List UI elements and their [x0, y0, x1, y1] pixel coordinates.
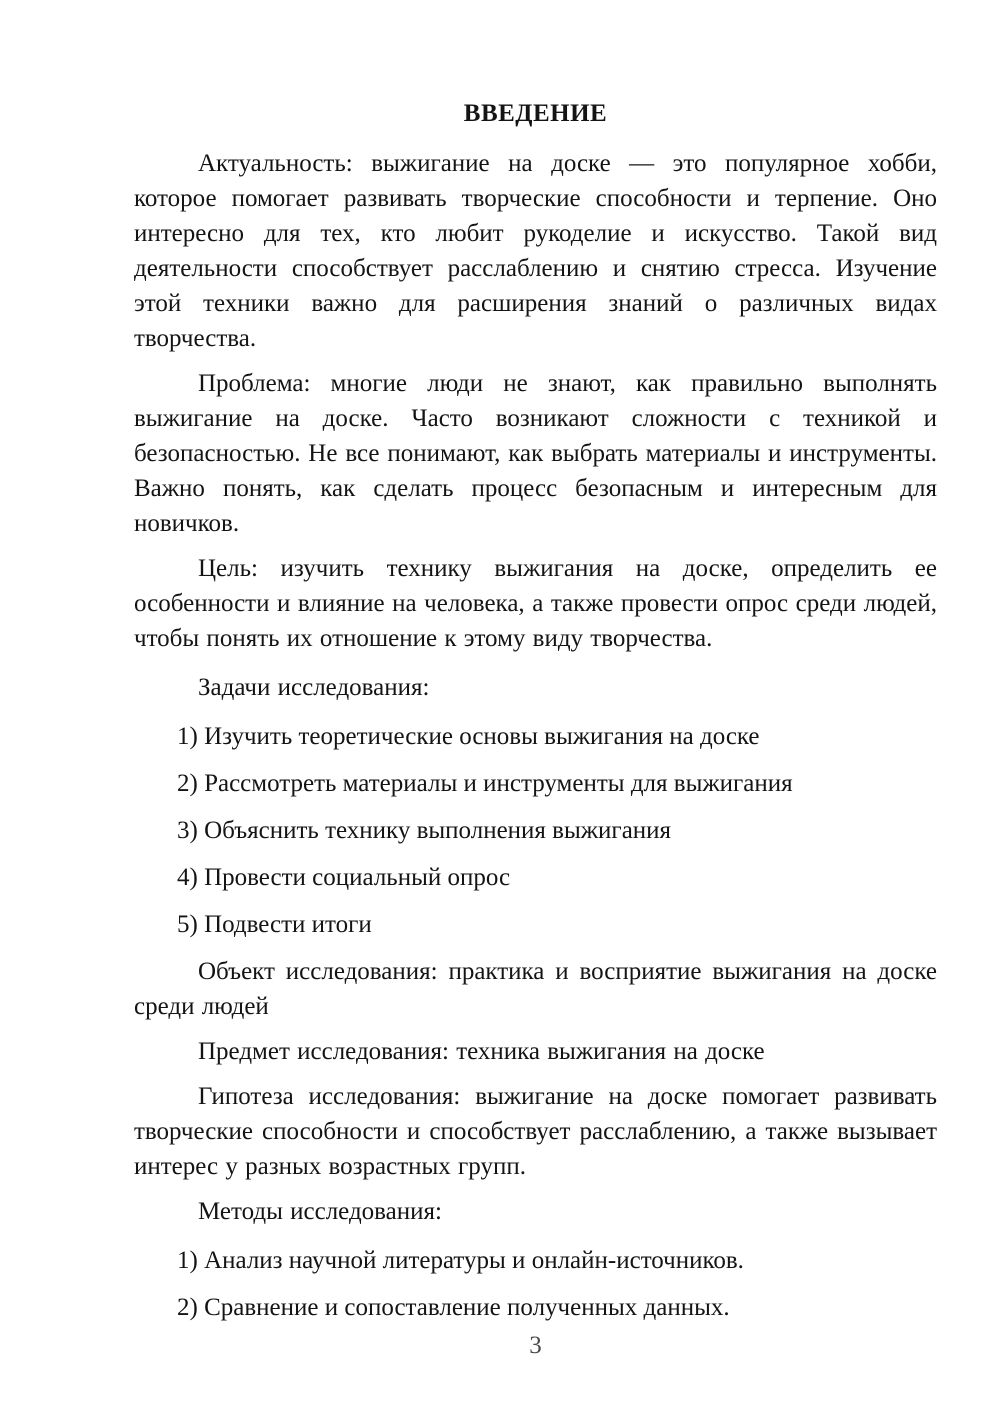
task-item-4: 4) Провести социальный опрос: [177, 860, 937, 895]
task-item-5: 5) Подвести итоги: [177, 907, 937, 942]
paragraph-obekt: Объект исследования: практика и восприят…: [134, 954, 937, 1024]
tasks-heading: Задачи исследования:: [134, 670, 937, 705]
page-content: ВВЕДЕНИЕ Актуальность: выжигание на доск…: [134, 96, 937, 1337]
paragraph-problema: Проблема: многие люди не знают, как прав…: [134, 366, 937, 541]
paragraph-tsel: Цель: изучить технику выжигания на доске…: [134, 551, 937, 656]
task-item-3: 3) Объяснить технику выполнения выжигани…: [177, 813, 937, 848]
methods-heading: Методы исследования:: [134, 1194, 937, 1229]
method-item-1: 1) Анализ научной литературы и онлайн-ис…: [177, 1243, 937, 1278]
page-title: ВВЕДЕНИЕ: [134, 96, 937, 131]
paragraph-gipoteza: Гипотеза исследования: выжигание на доск…: [134, 1079, 937, 1184]
page-number: 3: [134, 1328, 937, 1363]
method-item-2: 2) Сравнение и сопоставление полученных …: [177, 1290, 937, 1325]
paragraph-predmet: Предмет исследования: техника выжигания …: [134, 1034, 937, 1069]
document-page: ВВЕДЕНИЕ Актуальность: выжигание на доск…: [0, 0, 1000, 1414]
paragraph-aktualnost: Актуальность: выжигание на доске — это п…: [134, 146, 937, 356]
task-item-1: 1) Изучить теоретические основы выжигани…: [177, 719, 937, 754]
task-item-2: 2) Рассмотреть материалы и инструменты д…: [177, 766, 937, 801]
